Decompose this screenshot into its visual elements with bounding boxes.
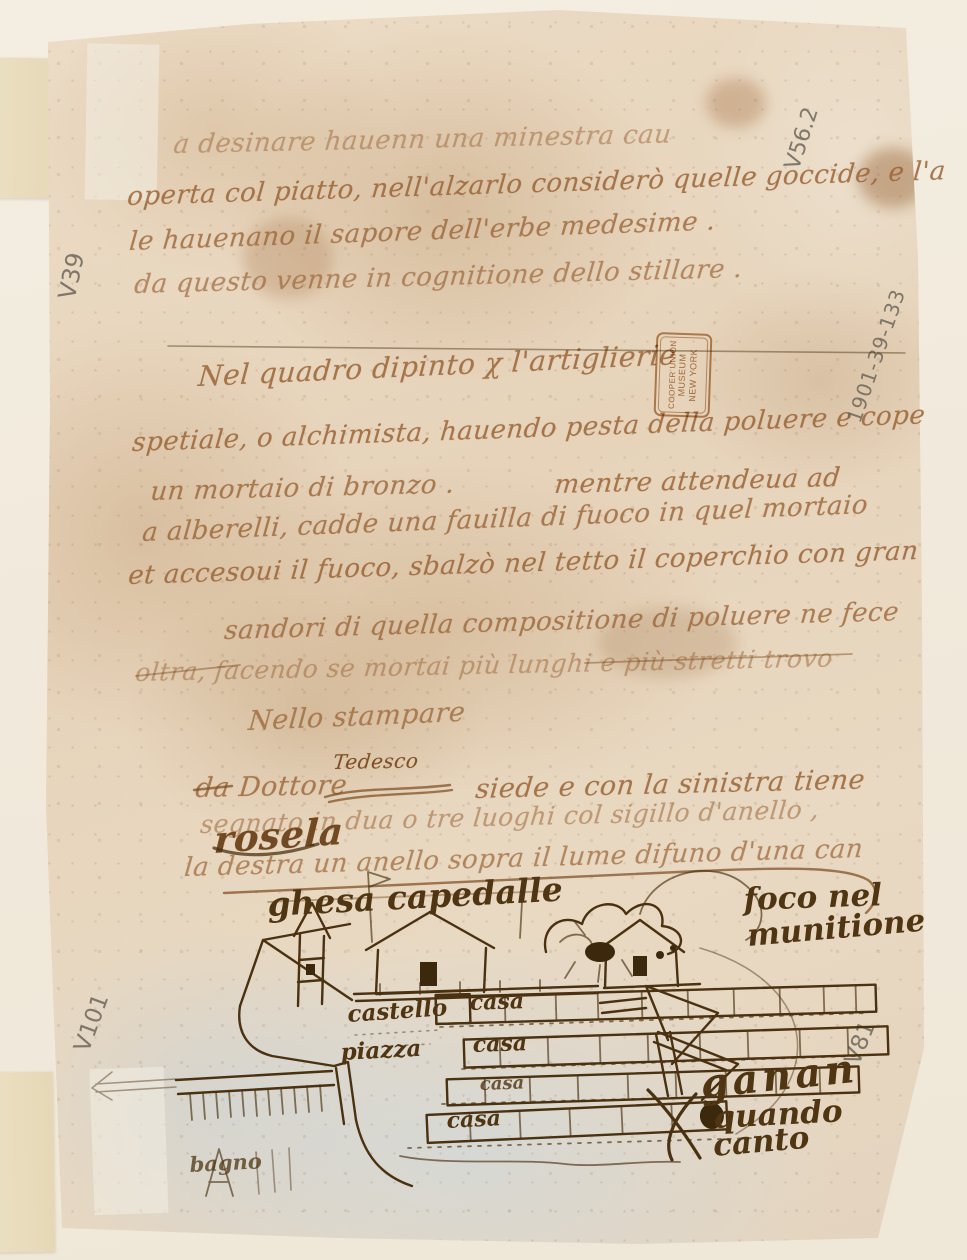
label-castle: castello	[347, 994, 449, 1028]
manuscript-scan: a desinare hauenn una minestra cau opert…	[0, 0, 967, 1260]
label-casa-4: casa	[446, 1105, 502, 1134]
sketch-labels: ghesa capedalle foco nel munitione caste…	[189, 870, 927, 1177]
label-casa-2: casa	[472, 1030, 527, 1058]
label-bath: bagno	[189, 1148, 262, 1177]
label-square: piazza	[340, 1035, 422, 1066]
ink-rules-and-strikes	[136, 346, 905, 913]
label-church: ghesa capedalle	[266, 870, 563, 924]
town-sketch: ghesa capedalle foco nel munitione caste…	[0, 0, 967, 1260]
label-casa-3: casa	[479, 1072, 524, 1095]
sketch-lower-walls	[92, 1071, 412, 1196]
label-casa-1: casa	[469, 988, 524, 1016]
label-note-3: canto	[712, 1120, 811, 1164]
